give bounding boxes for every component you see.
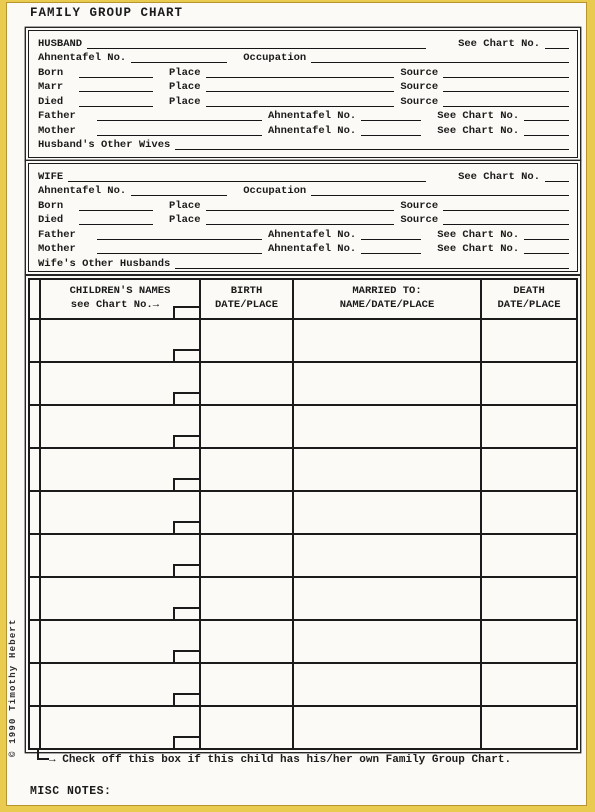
child-row-grid: [30, 492, 576, 533]
right-arrow-icon: →: [153, 299, 159, 311]
married-to-cell: [294, 707, 482, 748]
place-label: Place: [169, 96, 201, 108]
misc-notes-label: MISC NOTES:: [30, 785, 111, 798]
death-cell: [482, 535, 576, 576]
mother-name-line: [97, 125, 262, 136]
born-label: Born: [38, 200, 74, 212]
check-cell: [30, 535, 41, 576]
birth-header: BIRTH DATE/PLACE: [201, 280, 294, 318]
see-chart-label: See Chart No.: [437, 229, 519, 241]
child-name-cell: [41, 535, 201, 576]
married-to-cell: [294, 664, 482, 705]
date-line: [79, 96, 153, 107]
check-column-header: [30, 280, 41, 318]
see-chart-line: [524, 243, 569, 254]
see-chart-label: See Chart No.: [458, 38, 540, 50]
source-line: [443, 214, 569, 225]
chart-check-box: [173, 392, 199, 404]
ahnentafel-label: Ahnentafel No.: [268, 125, 356, 137]
other-wives-label: Husband's Other Wives: [38, 139, 170, 151]
died-label: Died: [38, 214, 74, 226]
child-row-grid: [30, 621, 576, 662]
place-label: Place: [169, 81, 201, 93]
elbow-connector-icon: [37, 749, 49, 760]
place-label: Place: [169, 200, 201, 212]
ahnentafel-line: [361, 229, 421, 240]
see-chart-label: See Chart No.: [437, 243, 519, 255]
married-to-cell: [294, 406, 482, 447]
child-row-grid: [30, 363, 576, 404]
father-label: Father: [38, 229, 92, 241]
other-husbands-line: [175, 258, 569, 269]
children-table-header: CHILDREN'S NAMES see Chart No.→ BIRTH DA…: [30, 280, 576, 320]
ahnentafel-label: Ahnentafel No.: [268, 229, 356, 241]
date-line: [79, 67, 153, 78]
see-chart-line: [545, 38, 569, 49]
other-husbands-label: Wife's Other Husbands: [38, 258, 170, 270]
see-chart-label: See Chart No.: [437, 125, 519, 137]
mother-name-line: [97, 243, 262, 254]
married-to-cell: [294, 320, 482, 361]
birth-cell: [201, 707, 294, 748]
check-cell: [30, 707, 41, 748]
date-line: [79, 200, 153, 211]
footer-note-text: Check off this box if this child has his…: [62, 754, 511, 766]
married-to-header: MARRIED TO: NAME/DATE/PLACE: [294, 280, 482, 318]
wife-other-husbands-row: Wife's Other Husbands: [38, 255, 569, 270]
wife-name-line: [68, 171, 426, 182]
source-label: Source: [400, 214, 438, 226]
ahnentafel-line: [131, 185, 227, 196]
child-name-cell: [41, 578, 201, 619]
child-row: [30, 404, 576, 447]
birth-cell: [201, 535, 294, 576]
death-cell: [482, 406, 576, 447]
child-name-cell: [41, 492, 201, 533]
wife-born-row: Born Place Source: [38, 197, 569, 212]
source-line: [443, 67, 569, 78]
married-to-cell: [294, 578, 482, 619]
date-line: [79, 81, 153, 92]
chart-check-box: [173, 435, 199, 447]
child-row-grid: [30, 664, 576, 705]
other-wives-line: [175, 139, 569, 150]
check-cell: [30, 363, 41, 404]
check-cell: [30, 578, 41, 619]
occupation-label: Occupation: [243, 52, 306, 64]
child-row-grid: [30, 578, 576, 619]
mother-label: Mother: [38, 125, 92, 137]
child-row: [30, 533, 576, 576]
check-cell: [30, 406, 41, 447]
source-label: Source: [400, 67, 438, 79]
child-row: [30, 320, 576, 361]
child-row: [30, 490, 576, 533]
child-row-grid: [30, 406, 576, 447]
child-row-grid: [30, 320, 576, 361]
child-name-cell: [41, 449, 201, 490]
chart-check-box: [173, 564, 199, 576]
death-cell: [482, 664, 576, 705]
place-line: [206, 200, 395, 211]
date-line: [79, 214, 153, 225]
child-name-cell: [41, 707, 201, 748]
death-header-line1: DEATH: [482, 285, 576, 299]
see-chart-label: See Chart No.: [437, 110, 519, 122]
death-cell: [482, 707, 576, 748]
child-row-grid: [30, 535, 576, 576]
death-header-line2: DATE/PLACE: [482, 299, 576, 313]
wife-name-row: WIFE See Chart No.: [38, 168, 569, 183]
copyright-vertical-text: © 1990 Timothy Hebert: [8, 618, 18, 757]
wife-father-row: Father Ahnentafel No. See Chart No.: [38, 226, 569, 241]
husband-name-line: [87, 38, 426, 49]
ahnentafel-line: [361, 243, 421, 254]
death-header: DEATH DATE/PLACE: [482, 280, 576, 318]
child-row-grid: [30, 449, 576, 490]
born-label: Born: [38, 67, 74, 79]
wife-label: WIFE: [38, 171, 63, 183]
ahnentafel-line: [361, 125, 421, 136]
see-chart-hint-text: see Chart No.: [71, 299, 153, 311]
chart-check-box: [173, 306, 199, 318]
ahnentafel-label: Ahnentafel No.: [268, 110, 356, 122]
source-line: [443, 81, 569, 92]
children-table: CHILDREN'S NAMES see Chart No.→ BIRTH DA…: [28, 278, 578, 750]
children-names-header: CHILDREN'S NAMES see Chart No.→: [41, 280, 201, 318]
birth-cell: [201, 664, 294, 705]
child-row-grid: [30, 707, 576, 748]
birth-header-line1: BIRTH: [201, 285, 292, 299]
chart-check-box: [173, 478, 199, 490]
father-label: Father: [38, 110, 92, 122]
chart-check-box: [173, 736, 199, 748]
check-cell: [30, 449, 41, 490]
child-name-cell: [41, 406, 201, 447]
children-names-title: CHILDREN'S NAMES: [41, 285, 199, 299]
married-to-header-line1: MARRIED TO:: [294, 285, 480, 299]
child-row: [30, 619, 576, 662]
right-arrow-icon: →: [49, 754, 56, 766]
birth-cell: [201, 320, 294, 361]
wife-mother-row: Mother Ahnentafel No. See Chart No.: [38, 241, 569, 256]
ahnentafel-label: Ahnentafel No.: [38, 185, 126, 197]
check-cell: [30, 492, 41, 533]
husband-mother-row: Mother Ahnentafel No. See Chart No.: [38, 122, 569, 137]
see-chart-line: [524, 125, 569, 136]
check-cell: [30, 664, 41, 705]
father-name-line: [97, 229, 262, 240]
birth-header-line2: DATE/PLACE: [201, 299, 292, 313]
married-to-cell: [294, 621, 482, 662]
place-label: Place: [169, 67, 201, 79]
ahnentafel-line: [131, 52, 227, 63]
death-cell: [482, 449, 576, 490]
husband-born-row: Born Place Source: [38, 64, 569, 79]
husband-father-row: Father Ahnentafel No. See Chart No.: [38, 108, 569, 123]
see-chart-line: [545, 171, 569, 182]
husband-marr-row: Marr Place Source: [38, 79, 569, 94]
children-table-body: [30, 320, 576, 748]
death-cell: [482, 621, 576, 662]
wife-died-row: Died Place Source: [38, 212, 569, 227]
birth-cell: [201, 363, 294, 404]
page-title: FAMILY GROUP CHART: [30, 6, 183, 20]
married-to-cell: [294, 449, 482, 490]
see-chart-line: [524, 229, 569, 240]
wife-section: WIFE See Chart No. Ahnentafel No. Occupa…: [28, 163, 578, 272]
husband-ahnentafel-row: Ahnentafel No. Occupation: [38, 50, 569, 65]
husband-section: HUSBAND See Chart No. Ahnentafel No. Occ…: [28, 30, 578, 158]
child-name-cell: [41, 621, 201, 662]
place-line: [206, 81, 395, 92]
birth-cell: [201, 406, 294, 447]
source-label: Source: [400, 96, 438, 108]
place-line: [206, 214, 395, 225]
occupation-label: Occupation: [243, 185, 306, 197]
child-name-cell: [41, 363, 201, 404]
check-cell: [30, 621, 41, 662]
husband-label: HUSBAND: [38, 38, 82, 50]
place-line: [206, 96, 395, 107]
mother-label: Mother: [38, 243, 92, 255]
source-label: Source: [400, 81, 438, 93]
husband-other-wives-row: Husband's Other Wives: [38, 137, 569, 152]
place-label: Place: [169, 214, 201, 226]
marr-label: Marr: [38, 81, 74, 93]
chart-check-box: [173, 650, 199, 662]
source-label: Source: [400, 200, 438, 212]
married-to-cell: [294, 492, 482, 533]
ahnentafel-line: [361, 110, 421, 121]
child-row: [30, 705, 576, 748]
child-name-cell: [41, 664, 201, 705]
child-row: [30, 361, 576, 404]
occupation-line: [311, 52, 569, 63]
source-line: [443, 200, 569, 211]
died-label: Died: [38, 96, 74, 108]
child-name-cell: [41, 320, 201, 361]
death-cell: [482, 492, 576, 533]
death-cell: [482, 363, 576, 404]
child-row: [30, 447, 576, 490]
wife-ahnentafel-row: Ahnentafel No. Occupation: [38, 183, 569, 198]
child-row: [30, 576, 576, 619]
death-cell: [482, 578, 576, 619]
birth-cell: [201, 578, 294, 619]
see-chart-line: [524, 110, 569, 121]
birth-cell: [201, 492, 294, 533]
footer-note: → Check off this box if this child has h…: [49, 754, 511, 766]
ahnentafel-label: Ahnentafel No.: [38, 52, 126, 64]
see-chart-label: See Chart No.: [458, 171, 540, 183]
chart-check-box: [173, 693, 199, 705]
source-line: [443, 96, 569, 107]
birth-cell: [201, 449, 294, 490]
check-cell: [30, 320, 41, 361]
married-to-header-line2: NAME/DATE/PLACE: [294, 299, 480, 313]
place-line: [206, 67, 395, 78]
birth-cell: [201, 621, 294, 662]
married-to-cell: [294, 535, 482, 576]
child-row: [30, 662, 576, 705]
ahnentafel-label: Ahnentafel No.: [268, 243, 356, 255]
married-to-cell: [294, 363, 482, 404]
husband-name-row: HUSBAND See Chart No.: [38, 35, 569, 50]
chart-check-box: [173, 349, 199, 361]
husband-died-row: Died Place Source: [38, 93, 569, 108]
chart-check-box: [173, 521, 199, 533]
father-name-line: [97, 110, 262, 121]
occupation-line: [311, 185, 569, 196]
death-cell: [482, 320, 576, 361]
chart-check-box: [173, 607, 199, 619]
